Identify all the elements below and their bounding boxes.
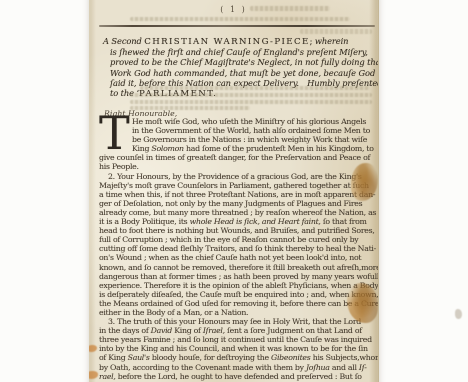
- paragraph-1: He moſt wiſe God, who uſeth the Miniſtry…: [99, 117, 375, 172]
- text-line: dangerous than at former times ; as hath…: [99, 272, 375, 281]
- text-line: already come, but many more threatned ; …: [99, 208, 375, 217]
- header-rule: [99, 25, 375, 27]
- body-text: He moſt wiſe God, who uſeth the Miniſtry…: [99, 117, 375, 382]
- ink-showthrough: [130, 100, 372, 104]
- ink-showthrough: [140, 86, 370, 90]
- text-line: proved to be the Chief Magiſtrate's Negl…: [110, 57, 369, 67]
- text-line: Majeſty's moſt grave Counſelors in Parli…: [99, 181, 375, 190]
- text-line: 2. Your Honours, by the Providence of a …: [99, 172, 375, 181]
- text-line: is deſperately diſeaſed, the Cauſe muſt …: [99, 290, 375, 299]
- text-line: on's Wound ; when as the chief Cauſe hat…: [99, 253, 375, 262]
- rust-speck: [89, 345, 97, 352]
- text-line: is ſhewed the firſt and chief Cauſe of E…: [110, 47, 369, 57]
- ink-showthrough: [130, 93, 372, 97]
- text-line: 3. The truth of this your Honours may ſe…: [99, 317, 375, 326]
- text-line: it is a Body Politique, its whole Head i…: [99, 217, 375, 226]
- text-line: He moſt wiſe God, who uſeth the Miniſtry…: [132, 117, 375, 126]
- text-line: full of Corruption ; which in the eye of…: [99, 235, 375, 244]
- rust-speck: [89, 371, 98, 379]
- text-line: by Oath, according to the Covenant made …: [99, 363, 375, 372]
- text-line: his People.: [99, 162, 375, 171]
- paragraph-2: 2. Your Honours, by the Providence of a …: [99, 172, 375, 318]
- text-line: A Second CHRISTIAN WARNING-PIECE; wherei…: [103, 36, 369, 47]
- text-line: experience. Therefore it is the opinion …: [99, 281, 375, 290]
- text-line: a time when this, if not three Proteſtan…: [99, 190, 375, 199]
- ink-showthrough: [300, 29, 372, 34]
- text-line: in the Government of the World, hath alſ…: [132, 126, 375, 135]
- text-line: either in the Body of a Man, or a Nation…: [99, 308, 375, 317]
- text-line: of King Saul's bloody houſe, for deſtroy…: [99, 353, 375, 362]
- text-line: three years Famine ; and ſo long it cont…: [99, 335, 375, 344]
- text-line: be Governours in the Nations : in which …: [132, 135, 375, 144]
- text-line: cutting off ſome dead fleſhly Traitors, …: [99, 244, 375, 253]
- text-line: known, and ſo cannot be removed, therefo…: [99, 263, 375, 272]
- pamphlet-page: ( 1 ) A Second CHRISTIAN WARNING-PIECE; …: [89, 0, 379, 382]
- paragraph-3: 3. The truth of this your Honours may ſe…: [99, 317, 375, 382]
- text-line: head to foot there is nothing but Wounds…: [99, 226, 375, 235]
- photo-backdrop: ( 1 ) A Second CHRISTIAN WARNING-PIECE; …: [0, 0, 468, 382]
- text-line: Work God hath commanded, that muſt be ye…: [110, 68, 369, 78]
- text-line: give counſel in times of greateſt danger…: [99, 153, 375, 162]
- text-line: into by the King and his Council, and wh…: [99, 344, 375, 353]
- text-line: ger of Deſolation, not only by the many …: [99, 199, 375, 208]
- text-line: the Means ordained of God uſed for remov…: [99, 299, 375, 308]
- text-line: King Solomon had ſome of the prudenteſt …: [132, 144, 375, 153]
- photo-artifact: [455, 309, 462, 319]
- ink-showthrough: [250, 6, 330, 11]
- ink-showthrough: [130, 17, 350, 21]
- text-line: in the days of David King of Iſrael, ſen…: [99, 326, 375, 335]
- page-number: ( 1 ): [89, 5, 378, 14]
- text-line: rael, before the Lord, he ought to have …: [99, 372, 375, 381]
